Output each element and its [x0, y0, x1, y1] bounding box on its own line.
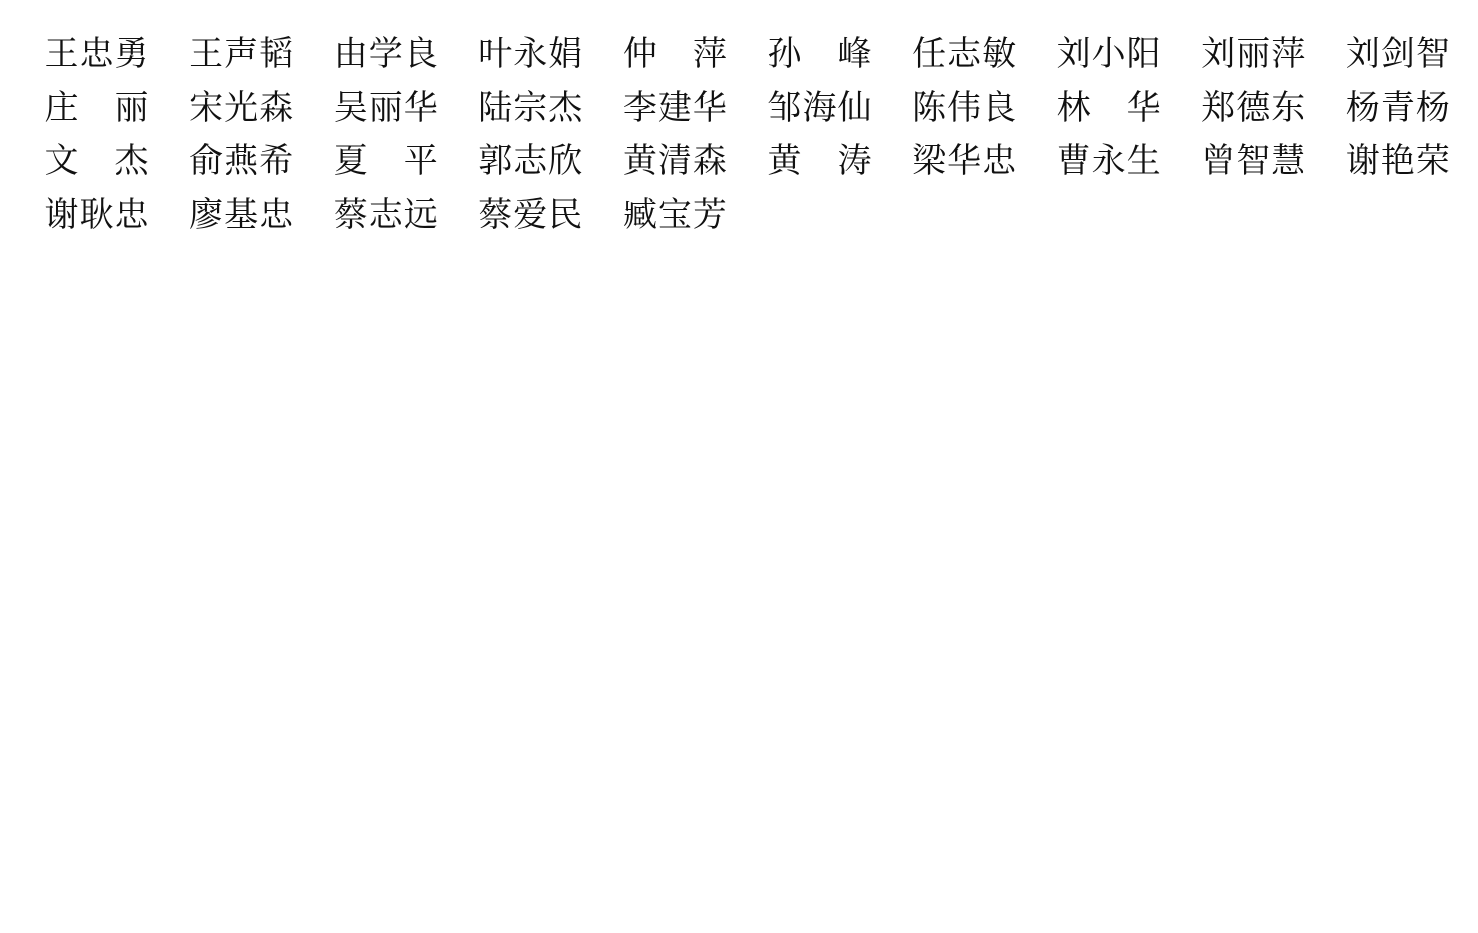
name-entry: 黄清森 [622, 139, 727, 183]
name-character: 华 [947, 139, 982, 183]
name-character: 永 [1091, 139, 1126, 183]
name-character: 刘 [1345, 32, 1380, 76]
name-character: 忠 [259, 193, 294, 237]
name-character: 俞 [189, 139, 224, 183]
name-character: 涛 [837, 139, 872, 183]
name-character: 杰 [114, 139, 149, 183]
name-character: 陈 [912, 86, 947, 130]
name-character: 蔡 [333, 193, 368, 237]
name-character: 森 [692, 139, 727, 183]
name-character: 廖 [189, 193, 224, 237]
name-entry: 王声韬 [189, 32, 294, 76]
name-character: 志 [513, 139, 548, 183]
name-character: 青 [1380, 86, 1415, 130]
name-entry: 刘剑智 [1345, 32, 1450, 76]
name-entry: 梁华忠 [912, 139, 1017, 183]
name-character: 华 [1126, 86, 1161, 130]
name-character: 忠 [114, 193, 149, 237]
name-character: 德 [1236, 86, 1271, 130]
name-entry: 黄涛 [767, 139, 872, 183]
name-character: 吴 [333, 86, 368, 130]
name-entry: 蔡志远 [333, 193, 438, 237]
name-character: 艳 [1380, 139, 1415, 183]
name-entry: 谢艳荣 [1345, 139, 1450, 183]
name-character: 欣 [548, 139, 583, 183]
name-character: 志 [947, 32, 982, 76]
name-entry: 由学良 [333, 32, 438, 76]
name-character: 耿 [79, 193, 114, 237]
name-character: 仲 [622, 32, 657, 76]
name-character: 芳 [692, 193, 727, 237]
name-character: 叶 [478, 32, 513, 76]
name-entry: 谢耿忠 [44, 193, 149, 237]
name-character: 萍 [1271, 32, 1306, 76]
name-entry: 陈伟良 [912, 86, 1017, 130]
name-entry: 李建华 [622, 86, 727, 130]
name-character: 良 [982, 86, 1017, 130]
name-entry: 臧宝芳 [622, 193, 727, 237]
name-character: 宋 [189, 86, 224, 130]
name-character: 学 [368, 32, 403, 76]
name-character: 曹 [1056, 139, 1091, 183]
name-character: 刘 [1201, 32, 1236, 76]
name-character: 梁 [912, 139, 947, 183]
name-character: 爱 [513, 193, 548, 237]
name-character: 生 [1126, 139, 1161, 183]
name-character: 建 [657, 86, 692, 130]
name-character: 林 [1056, 86, 1091, 130]
name-entry: 孙峰 [767, 32, 872, 76]
name-character: 清 [657, 139, 692, 183]
name-character: 任 [912, 32, 947, 76]
name-character: 永 [513, 32, 548, 76]
name-entry: 郑德东 [1201, 86, 1306, 130]
name-character: 孙 [767, 32, 802, 76]
name-entry: 王忠勇 [44, 32, 149, 76]
name-character: 夏 [333, 139, 368, 183]
name-character: 华 [403, 86, 438, 130]
name-character: 丽 [114, 86, 149, 130]
name-character: 声 [224, 32, 259, 76]
name-character: 宝 [657, 193, 692, 237]
name-character: 剑 [1380, 32, 1415, 76]
name-character: 杨 [1415, 86, 1450, 130]
name-character: 仙 [837, 86, 872, 130]
name-character: 平 [403, 139, 438, 183]
name-character: 敏 [982, 32, 1017, 76]
name-entry: 廖基忠 [189, 193, 294, 237]
name-entry: 蔡爱民 [478, 193, 583, 237]
name-list: 王忠勇王声韬由学良叶永娟仲萍孙峰任志敏刘小阳刘丽萍刘剑智庄丽宋光森吴丽华陆宗杰李… [44, 32, 1478, 246]
name-entry: 夏平 [333, 139, 438, 183]
name-character: 基 [224, 193, 259, 237]
name-entry: 曹永生 [1056, 139, 1161, 183]
name-character: 文 [44, 139, 79, 183]
name-character: 慧 [1271, 139, 1306, 183]
name-character: 燕 [224, 139, 259, 183]
name-character: 丽 [368, 86, 403, 130]
name-character: 小 [1091, 32, 1126, 76]
name-character: 刘 [1056, 32, 1091, 76]
name-character: 黄 [767, 139, 802, 183]
name-character: 良 [403, 32, 438, 76]
name-character: 远 [403, 193, 438, 237]
name-character: 海 [802, 86, 837, 130]
name-entry: 曾智慧 [1201, 139, 1306, 183]
name-character: 谢 [1345, 139, 1380, 183]
name-character: 陆 [478, 86, 513, 130]
name-character: 韬 [259, 32, 294, 76]
name-character: 郭 [478, 139, 513, 183]
name-character: 智 [1236, 139, 1271, 183]
name-character: 萍 [692, 32, 727, 76]
name-entry: 林华 [1056, 86, 1161, 130]
name-character: 郑 [1201, 86, 1236, 130]
name-character: 伟 [947, 86, 982, 130]
name-entry: 俞燕希 [189, 139, 294, 183]
name-entry: 任志敏 [912, 32, 1017, 76]
name-character: 忠 [982, 139, 1017, 183]
name-entry: 吴丽华 [333, 86, 438, 130]
name-character: 谢 [44, 193, 79, 237]
name-character: 王 [44, 32, 79, 76]
name-entry: 邹海仙 [767, 86, 872, 130]
name-character: 光 [224, 86, 259, 130]
name-character: 杰 [548, 86, 583, 130]
name-character: 峰 [837, 32, 872, 76]
name-character: 希 [259, 139, 294, 183]
name-character: 宗 [513, 86, 548, 130]
name-entry: 庄丽 [44, 86, 149, 130]
name-character: 阳 [1126, 32, 1161, 76]
name-entry: 文杰 [44, 139, 149, 183]
name-character: 黄 [622, 139, 657, 183]
name-entry: 仲萍 [622, 32, 727, 76]
name-character: 勇 [114, 32, 149, 76]
name-character: 忠 [79, 32, 114, 76]
name-character: 臧 [622, 193, 657, 237]
name-character: 蔡 [478, 193, 513, 237]
name-entry: 刘小阳 [1056, 32, 1161, 76]
name-character: 华 [692, 86, 727, 130]
name-entry: 宋光森 [189, 86, 294, 130]
name-entry: 陆宗杰 [478, 86, 583, 130]
name-character: 东 [1271, 86, 1306, 130]
name-entry: 刘丽萍 [1201, 32, 1306, 76]
name-character: 庄 [44, 86, 79, 130]
name-character: 娟 [548, 32, 583, 76]
name-character: 智 [1415, 32, 1450, 76]
name-character: 志 [368, 193, 403, 237]
name-character: 森 [259, 86, 294, 130]
name-character: 曾 [1201, 139, 1236, 183]
name-character: 杨 [1345, 86, 1380, 130]
name-entry: 叶永娟 [478, 32, 583, 76]
name-entry: 郭志欣 [478, 139, 583, 183]
name-entry: 杨青杨 [1345, 86, 1450, 130]
name-character: 邹 [767, 86, 802, 130]
name-character: 王 [189, 32, 224, 76]
name-character: 丽 [1236, 32, 1271, 76]
name-character: 民 [548, 193, 583, 237]
name-character: 荣 [1415, 139, 1450, 183]
name-character: 由 [333, 32, 368, 76]
name-character: 李 [622, 86, 657, 130]
